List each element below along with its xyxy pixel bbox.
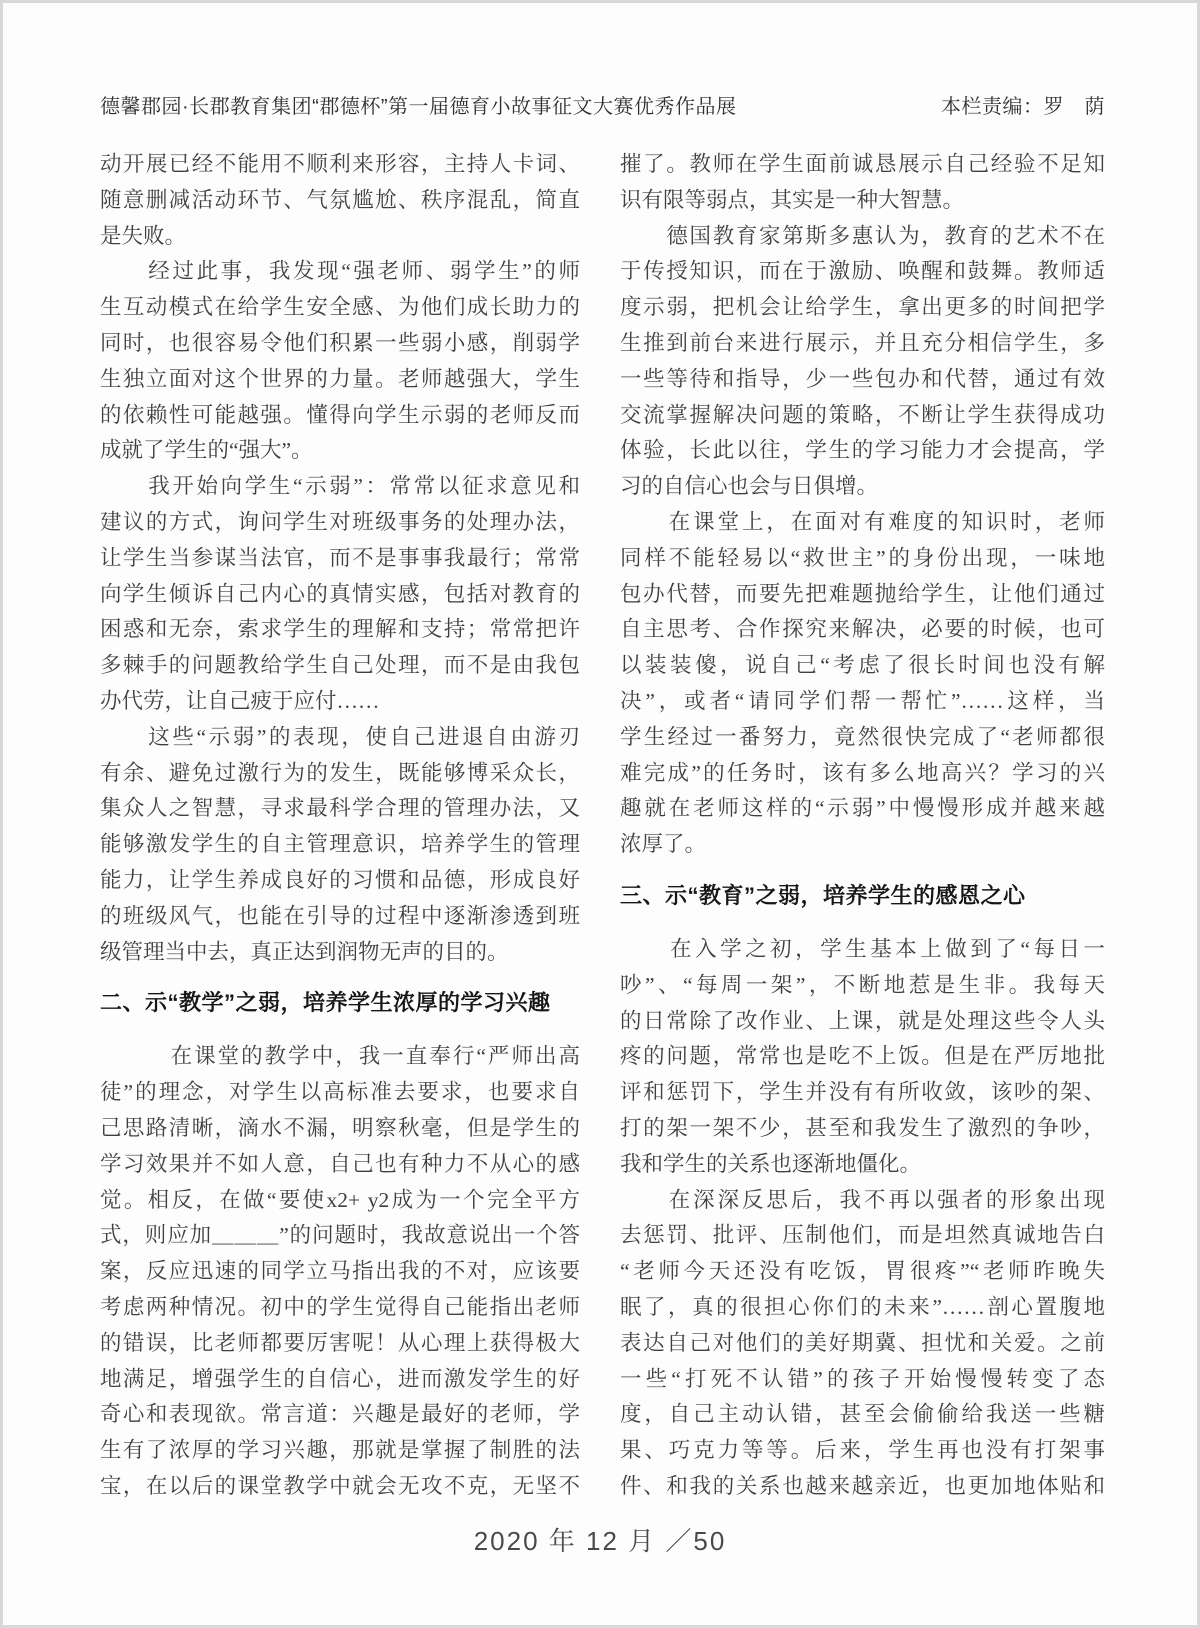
- text-line: 同样不能轻易以“救世主”的身份出现，一味地: [620, 541, 1105, 577]
- text-line: 考虑两种情况。初中的学生觉得自己能指出老师: [100, 1290, 580, 1326]
- text-line: 去惩罚、批评、压制他们，而是坦然真诚地告白: [620, 1218, 1105, 1254]
- text-line: 能够激发学生的自主管理意识，培养学生的管理: [100, 827, 580, 863]
- text-line: 的依赖性可能越强。懂得向学生示弱的老师反而: [100, 398, 580, 434]
- text-line: 一些等待和指导，少一些包办和代替，通过有效: [620, 362, 1105, 398]
- section-heading: 二、示“教学”之弱，培养学生浓厚的学习兴趣: [100, 985, 580, 1021]
- text-line: 自主思考、合作探究来解决，必要的时候，也可: [620, 612, 1105, 648]
- text-line: 生推到前台来进行展示，并且充分相信学生，多: [620, 326, 1105, 362]
- magazine-page: 德馨郡园·长郡教育集团“郡德杯”第一届德育小故事征文大赛优秀作品展 本栏责编：罗…: [0, 0, 1200, 1628]
- text-line: 在课堂的教学中，我一直奉行“严师出高: [100, 1039, 580, 1075]
- text-line: 度，自己主动认错，甚至会偷偷给我送一些糖: [620, 1397, 1105, 1433]
- text-line: 办代劳，让自己疲于应付……: [100, 684, 580, 720]
- right-column: 摧了。教师在学生面前诚恳展示自己经验不足知识有限等弱点，其实是一种大智慧。 德国…: [620, 147, 1105, 1505]
- text-line: 这些“示弱”的表现，使自己进退自由游刃: [100, 720, 580, 756]
- paragraph: 经过此事，我发现“强老师、弱学生”的师生互动模式在给学生安全感、为他们成长助力的…: [100, 254, 580, 469]
- text-line: 建议的方式，询问学生对班级事务的处理办法，: [100, 505, 580, 541]
- text-line: 摧了。教师在学生面前诚恳展示自己经验不足知: [620, 147, 1105, 183]
- text-line: 决”，或者“请同学们帮一帮忙”……这样，当: [620, 684, 1105, 720]
- text-line: 包办代替，而要先把难题抛给学生，让他们通过: [620, 577, 1105, 613]
- text-line: 在课堂上，在面对有难度的知识时，老师: [620, 505, 1105, 541]
- text-line: 奇心和表现欲。常言道：兴趣是最好的老师，学: [100, 1397, 580, 1433]
- text-line: 疼的问题，常常也是吃不上饭。但是在严厉地批: [620, 1039, 1105, 1075]
- text-line: 的班级风气，也能在引导的过程中逐渐渗透到班: [100, 899, 580, 935]
- text-line: 多棘手的问题教给学生自己处理，而不是由我包: [100, 648, 580, 684]
- text-line: 学生经过一番努力，竟然很快完成了“老师都很: [620, 720, 1105, 756]
- text-line: 的错误，比老师都要厉害呢！从心理上获得极大: [100, 1326, 580, 1362]
- text-line: 习的自信心也会与日俱增。: [620, 469, 1105, 505]
- text-line: “老师今天还没有吃饭，胃很疼”“老师昨晚失: [620, 1254, 1105, 1290]
- text-line: 式，则应加＿＿＿”的问题时，我故意说出一个答: [100, 1218, 580, 1254]
- text-line: 有余、避免过激行为的发生，既能够博采众长，: [100, 756, 580, 792]
- text-line: 动开展已经不能用不顺利来形容，主持人卡词、: [100, 147, 580, 183]
- text-line: 以装装傻，说自己“考虑了很长时间也没有解: [620, 648, 1105, 684]
- text-line: 经过此事，我发现“强老师、弱学生”的师: [100, 254, 580, 290]
- text-line: 己思路清晰，滴水不漏，明察秋毫，但是学生的: [100, 1111, 580, 1147]
- text-line: 集众人之智慧，寻求最科学合理的管理办法，又: [100, 791, 580, 827]
- text-line: 我开始向学生“示弱”：常常以征求意见和: [100, 469, 580, 505]
- text-line: 表达自己对他们的美好期冀、担忧和关爱。之前: [620, 1326, 1105, 1362]
- text-line: 生互动模式在给学生安全感、为他们成长助力的: [100, 290, 580, 326]
- text-line: 打的架一架不少，甚至和我发生了激烈的争吵，: [620, 1111, 1105, 1147]
- header-banner: 德馨郡园·长郡教育集团“郡德杯”第一届德育小故事征文大赛优秀作品展: [100, 90, 736, 119]
- text-line: 地满足，增强学生的自信心，进而激发学生的好: [100, 1362, 580, 1398]
- page-footer: 2020 年 12 月 ／50: [0, 1521, 1200, 1557]
- section-heading: 三、示“教育”之弱，培养学生的感恩之心: [620, 878, 1105, 914]
- text-line: 级管理当中去，真正达到润物无声的目的。: [100, 935, 580, 971]
- text-line: 吵”、“每周一架”，不断地惹是生非。我每天: [620, 968, 1105, 1004]
- text-line: 眠了，真的很担心你们的未来”……剖心置腹地: [620, 1290, 1105, 1326]
- text-line: 能力，让学生养成良好的习惯和品德，形成良好: [100, 863, 580, 899]
- text-line: 同时，也很容易令他们积累一些弱小感，削弱学: [100, 326, 580, 362]
- text-line: 浓厚了。: [620, 827, 1105, 863]
- text-line: 在深深反思后，我不再以强者的形象出现: [620, 1183, 1105, 1219]
- text-line: 件、和我的关系也越来越亲近，也更加地体贴和: [620, 1469, 1105, 1505]
- text-line: 学习效果并不如人意，自己也有种力不从心的感: [100, 1147, 580, 1183]
- text-line: 德国教育家第斯多惠认为，教育的艺术不在: [620, 219, 1105, 255]
- paragraph: 在深深反思后，我不再以强者的形象出现去惩罚、批评、压制他们，而是坦然真诚地告白“…: [620, 1183, 1105, 1505]
- text-line: 趣就在老师这样的“示弱”中慢慢形成并越来越: [620, 791, 1105, 827]
- text-line: 觉。相反，在做“要使x2+ y2成为一个完全平方: [100, 1183, 580, 1219]
- text-line: 成就了学生的“强大”。: [100, 433, 580, 469]
- paragraph: 这些“示弱”的表现，使自己进退自由游刃有余、避免过激行为的发生，既能够博采众长，…: [100, 720, 580, 971]
- page-header: 德馨郡园·长郡教育集团“郡德杯”第一届德育小故事征文大赛优秀作品展 本栏责编：罗…: [100, 90, 1105, 118]
- header-editor: 本栏责编：罗 荫: [941, 90, 1105, 119]
- text-line: 果、巧克力等等。后来，学生再也没有打架事: [620, 1433, 1105, 1469]
- text-line: 我和学生的关系也逐渐地僵化。: [620, 1147, 1105, 1183]
- text-line: 徒”的理念，对学生以高标准去要求，也要求自: [100, 1075, 580, 1111]
- paragraph: 德国教育家第斯多惠认为，教育的艺术不在于传授知识，而在于激励、唤醒和鼓舞。教师适…: [620, 219, 1105, 505]
- text-line: 体验，长此以往，学生的学习能力才会提高，学: [620, 433, 1105, 469]
- text-line: 度示弱，把机会让给学生，拿出更多的时间把学: [620, 290, 1105, 326]
- text-line: 的日常除了改作业、上课，就是处理这些令人头: [620, 1004, 1105, 1040]
- text-line: 难完成”的任务时，该有多么地高兴？学习的兴: [620, 756, 1105, 792]
- text-line: 交流掌握解决问题的策略，不断让学生获得成功: [620, 398, 1105, 434]
- paragraph: 摧了。教师在学生面前诚恳展示自己经验不足知识有限等弱点，其实是一种大智慧。: [620, 147, 1105, 219]
- text-line: 宝，在以后的课堂教学中就会无攻不克，无坚不: [100, 1469, 580, 1505]
- text-line: 在入学之初，学生基本上做到了“每日一: [620, 932, 1105, 968]
- text-line: 随意删减活动环节、气氛尴尬、秩序混乱，简直: [100, 183, 580, 219]
- text-line: 生有了浓厚的学习兴趣，那就是掌握了制胜的法: [100, 1433, 580, 1469]
- paragraph: 动开展已经不能用不顺利来形容，主持人卡词、随意删减活动环节、气氛尴尬、秩序混乱，…: [100, 147, 580, 254]
- text-line: 于传授知识，而在于激励、唤醒和鼓舞。教师适: [620, 254, 1105, 290]
- text-line: 识有限等弱点，其实是一种大智慧。: [620, 183, 1105, 219]
- left-column: 动开展已经不能用不顺利来形容，主持人卡词、随意删减活动环节、气氛尴尬、秩序混乱，…: [100, 147, 580, 1505]
- paragraph: 在课堂的教学中，我一直奉行“严师出高徒”的理念，对学生以高标准去要求，也要求自己…: [100, 1039, 580, 1504]
- text-line: 向学生倾诉自己内心的真情实感，包括对教育的: [100, 577, 580, 613]
- text-line: 一些“打死不认错”的孩子开始慢慢转变了态: [620, 1362, 1105, 1398]
- text-line: 案，反应迅速的同学立马指出我的不对，应该要: [100, 1254, 580, 1290]
- text-line: 困惑和无奈，索求学生的理解和支持；常常把许: [100, 612, 580, 648]
- text-line: 是失败。: [100, 219, 580, 255]
- paragraph: 我开始向学生“示弱”：常常以征求意见和建议的方式，询问学生对班级事务的处理办法，…: [100, 469, 580, 720]
- paragraph: 在课堂上，在面对有难度的知识时，老师同样不能轻易以“救世主”的身份出现，一味地包…: [620, 505, 1105, 863]
- text-line: 生独立面对这个世界的力量。老师越强大，学生: [100, 362, 580, 398]
- text-line: 评和惩罚下，学生并没有有所收敛，该吵的架、: [620, 1075, 1105, 1111]
- text-line: 让学生当参谋当法官，而不是事事我最行；常常: [100, 541, 580, 577]
- paragraph: 在入学之初，学生基本上做到了“每日一吵”、“每周一架”，不断地惹是生非。我每天的…: [620, 932, 1105, 1183]
